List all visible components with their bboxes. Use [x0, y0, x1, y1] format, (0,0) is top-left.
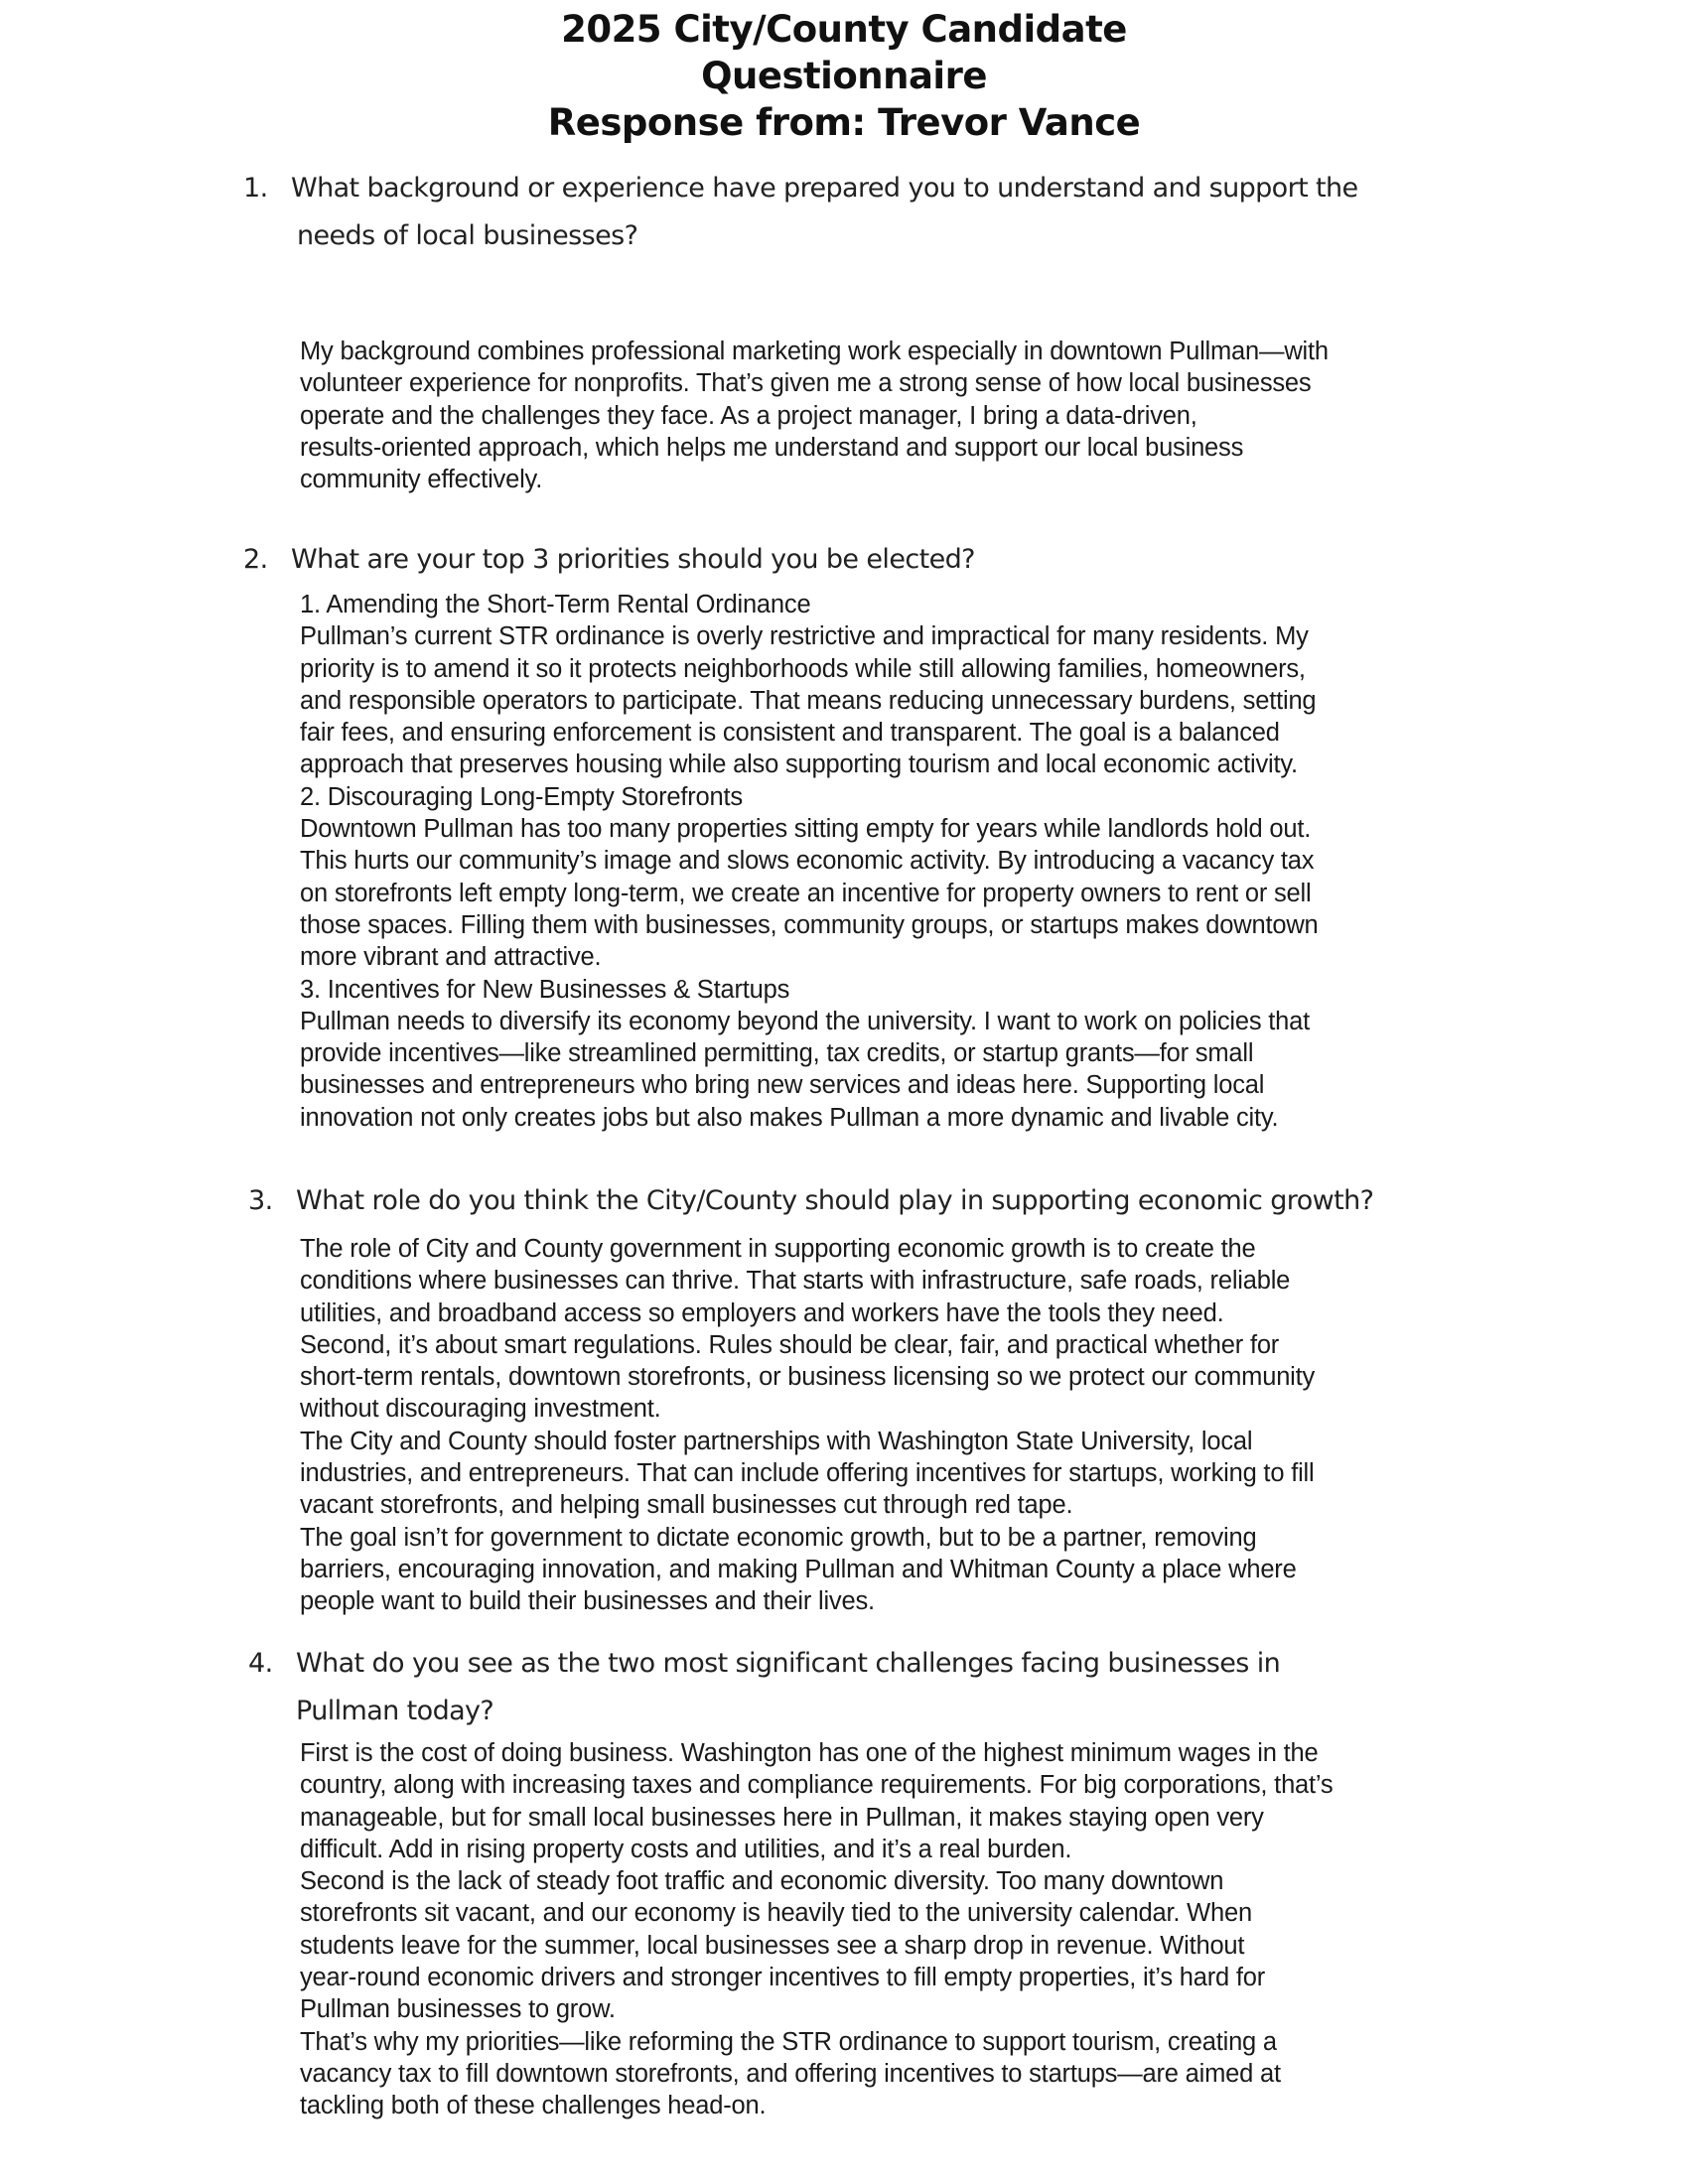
document-page: 2025 City/County Candidate Questionnaire… — [0, 0, 1688, 2184]
answer-line: vacancy tax to fill downtown storefronts… — [300, 2058, 1333, 2090]
answer-line: more vibrant and attractive. — [300, 941, 1319, 973]
question-text: What role do you think the City/County s… — [296, 1185, 1373, 1216]
question-text: needs of local businesses? — [297, 220, 637, 251]
question-text: Pullman today? — [296, 1696, 493, 1726]
answer-line: tackling both of these challenges head-o… — [300, 2090, 1333, 2121]
answer-line: storefronts sit vacant, and our economy … — [300, 1897, 1333, 1929]
answer-line: The role of City and County government i… — [300, 1233, 1315, 1265]
answer-line: Second, it’s about smart regulations. Ru… — [300, 1329, 1315, 1361]
answer-line: fair fees, and ensuring enforcement is c… — [300, 717, 1319, 749]
question-3: 3. What role do you think the City/Count… — [248, 1185, 1539, 1225]
answer-line: difficult. Add in rising property costs … — [300, 1834, 1333, 1865]
answer-line: This hurts our community’s image and slo… — [300, 845, 1319, 877]
answer-line: utilities, and broadband access so emplo… — [300, 1297, 1315, 1329]
title-line: Response from: Trevor Vance — [0, 99, 1688, 146]
answer-line: priority is to amend it so it protects n… — [300, 653, 1319, 685]
answer-line: students leave for the summer, local bus… — [300, 1930, 1333, 1962]
answer-line: provide incentives—like streamlined perm… — [300, 1037, 1319, 1069]
title-line: 2025 City/County Candidate — [0, 6, 1688, 53]
answer-line: barriers, encouraging innovation, and ma… — [300, 1554, 1315, 1585]
answer-line: people want to build their businesses an… — [300, 1585, 1315, 1617]
answer-line: short-term rentals, downtown storefronts… — [300, 1361, 1315, 1393]
priority-heading: 3. Incentives for New Businesses & Start… — [300, 974, 1319, 1006]
answer-line: Second is the lack of steady foot traffi… — [300, 1865, 1333, 1897]
answer-line: The goal isn’t for government to dictate… — [300, 1522, 1315, 1554]
question-number: 2. — [243, 544, 268, 575]
answer-line: industries, and entrepreneurs. That can … — [300, 1457, 1315, 1489]
answer-line: conditions where businesses can thrive. … — [300, 1265, 1315, 1297]
question-text: What are your top 3 priorities should yo… — [291, 544, 975, 575]
question-text: What background or experience have prepa… — [291, 173, 1358, 204]
answer-line: year-round economic drivers and stronger… — [300, 1962, 1333, 1993]
answer-line: businesses and entrepreneurs who bring n… — [300, 1069, 1319, 1101]
answer-line: That’s why my priorities—like reforming … — [300, 2026, 1333, 2058]
answer-4: First is the cost of doing business. Was… — [300, 1737, 1333, 2122]
answer-line: My background combines professional mark… — [300, 336, 1329, 367]
question-number: 4. — [248, 1648, 273, 1679]
question-text: What do you see as the two most signific… — [296, 1648, 1280, 1679]
answer-line: country, along with increasing taxes and… — [300, 1769, 1333, 1801]
answer-line: Downtown Pullman has too many properties… — [300, 813, 1319, 845]
answer-line: operate and the challenges they face. As… — [300, 400, 1329, 432]
answer-line: approach that preserves housing while al… — [300, 749, 1319, 780]
question-2: 2. What are your top 3 priorities should… — [243, 544, 1494, 584]
title-line: Questionnaire — [0, 53, 1688, 99]
answer-line: vacant storefronts, and helping small bu… — [300, 1489, 1315, 1521]
priority-heading: 2. Discouraging Long-Empty Storefronts — [300, 781, 1319, 813]
answer-line: Pullman needs to diversify its economy b… — [300, 1006, 1319, 1037]
answer-line: community effectively. — [300, 464, 1329, 495]
answer-line: manageable, but for small local business… — [300, 1802, 1333, 1834]
question-1: 1. What background or experience have pr… — [243, 173, 1494, 262]
answer-line: First is the cost of doing business. Was… — [300, 1737, 1333, 1769]
answer-line: Pullman’s current STR ordinance is overl… — [300, 620, 1319, 652]
answer-2: 1. Amending the Short-Term Rental Ordina… — [300, 589, 1319, 1134]
answer-line: innovation not only creates jobs but als… — [300, 1102, 1319, 1134]
document-title: 2025 City/County Candidate Questionnaire… — [0, 6, 1688, 146]
answer-line: results-oriented approach, which helps m… — [300, 432, 1329, 464]
answer-line: without discouraging investment. — [300, 1393, 1315, 1425]
answer-line: volunteer experience for nonprofits. Tha… — [300, 367, 1329, 399]
answer-1: My background combines professional mark… — [300, 336, 1329, 495]
answer-line: on storefronts left empty long-term, we … — [300, 878, 1319, 909]
answer-3: The role of City and County government i… — [300, 1233, 1315, 1618]
answer-line: and responsible operators to participate… — [300, 685, 1319, 717]
question-4: 4. What do you see as the two most signi… — [248, 1648, 1539, 1737]
priority-heading: 1. Amending the Short-Term Rental Ordina… — [300, 589, 1319, 620]
answer-line: The City and County should foster partne… — [300, 1426, 1315, 1457]
question-number: 3. — [248, 1185, 273, 1216]
question-number: 1. — [243, 173, 268, 204]
answer-line: Pullman businesses to grow. — [300, 1993, 1333, 2025]
answer-line: those spaces. Filling them with business… — [300, 909, 1319, 941]
